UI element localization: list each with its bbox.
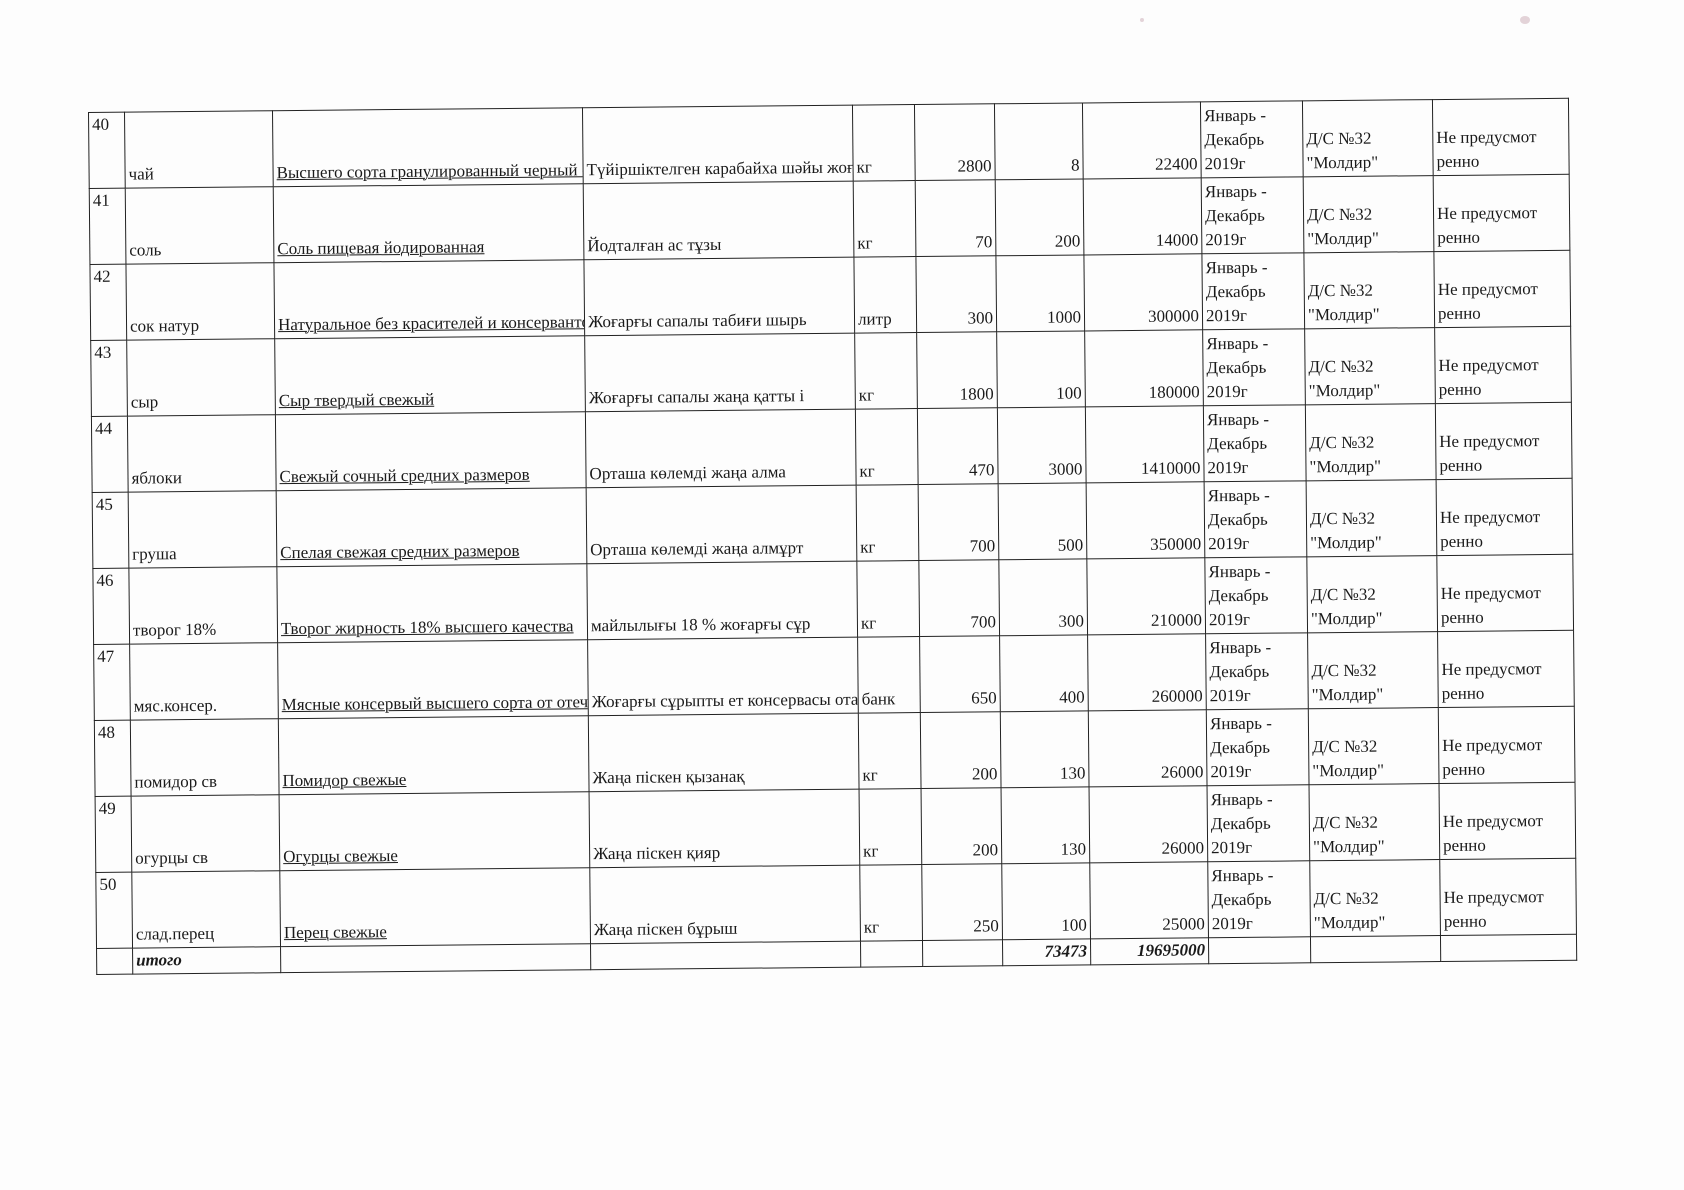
short-name: груша [128, 491, 277, 568]
table-row: 48 помидор св Помидор свежые Жаңа піскен… [94, 706, 1575, 796]
description-kz: Жоғарғы сапалы жаңа қатты і [585, 333, 856, 412]
table-row: 47 мяс.консер. Мясные консервый высшего … [94, 630, 1575, 720]
recipient: Д/С №32 "Молдир" [1302, 100, 1433, 177]
price: 2800 [914, 104, 995, 181]
row-number: 40 [89, 112, 126, 188]
short-name: сыр [127, 339, 276, 416]
description-ru: Огурцы свежые [279, 792, 590, 871]
short-name: мяс.консер. [130, 643, 279, 720]
note: Не предусмот ренно [1438, 630, 1575, 707]
total-sum: 19695000 [1090, 938, 1208, 965]
short-name: слад.перец [132, 871, 281, 948]
table-row: 44 яблоки Свежый сочный средних размеров… [91, 402, 1572, 492]
delivery-period: Январь - Декабрь 2019г [1208, 861, 1311, 938]
description-kz: Түйіршіктелген карабайха шәйы жоғарғы сұ… [582, 105, 853, 184]
description-ru: Мясные консервый высшего сорта от отечес… [278, 640, 589, 719]
quantity: 130 [1001, 787, 1090, 864]
total-empty [1440, 934, 1576, 961]
short-name: соль [125, 187, 274, 264]
unit: кг [855, 333, 918, 410]
recipient: Д/С №32 "Молдир" [1304, 252, 1435, 329]
quantity: 500 [998, 483, 1087, 560]
unit: кг [855, 409, 918, 486]
unit: кг [857, 561, 920, 638]
price: 70 [915, 180, 996, 257]
table-row: 40 чай Высшего сорта гранулированный чер… [89, 98, 1570, 188]
note: Не предусмот ренно [1435, 326, 1572, 403]
short-name: яблоки [127, 415, 276, 492]
price: 1800 [917, 332, 998, 409]
row-number: 45 [92, 492, 129, 568]
recipient: Д/С №32 "Молдир" [1305, 328, 1436, 405]
note: Не предусмот ренно [1435, 402, 1572, 479]
sum: 300000 [1084, 254, 1203, 331]
scan-speck [1140, 18, 1144, 22]
table-row: 41 соль Соль пищевая йодированная Йодтал… [89, 174, 1570, 264]
price: 470 [917, 408, 998, 485]
description-ru: Свежый сочный средних размеров [275, 412, 586, 491]
note: Не предусмот ренно [1433, 174, 1570, 251]
sum: 26000 [1088, 710, 1207, 787]
total-empty [591, 941, 861, 970]
delivery-period: Январь - Декабрь 2019г [1206, 633, 1309, 710]
row-number: 48 [94, 720, 131, 796]
price: 700 [918, 484, 999, 561]
short-name: сок натур [126, 263, 275, 340]
delivery-period: Январь - Декабрь 2019г [1205, 557, 1308, 634]
quantity: 130 [1000, 711, 1089, 788]
table-row: 46 творог 18% Творог жирность 18% высшег… [93, 554, 1574, 644]
scan-speck [1520, 16, 1530, 24]
sum: 1410000 [1085, 406, 1204, 483]
procurement-table-container: 40 чай Высшего сорта гранулированный чер… [88, 98, 1577, 975]
row-number: 49 [95, 796, 132, 872]
description-ru: Помидор свежые [278, 716, 589, 795]
short-name: огурцы св [131, 795, 280, 872]
sum: 25000 [1090, 862, 1209, 939]
price: 300 [916, 256, 997, 333]
quantity: 400 [1000, 635, 1089, 712]
description-kz: Жоғарғы сапалы табиғи шырь [584, 257, 855, 336]
quantity: 1000 [996, 255, 1085, 332]
table-row: 49 огурцы св Огурцы свежые Жаңа піскен қ… [95, 782, 1576, 872]
table-row: 43 сыр Сыр твердый свежый Жоғарғы сапалы… [91, 326, 1572, 416]
price: 250 [922, 864, 1003, 941]
total-quantity: 73473 [1002, 939, 1090, 966]
note: Не предусмот ренно [1440, 858, 1577, 935]
row-number: 42 [90, 264, 127, 340]
table-row: 45 груша Спелая свежая средних размеров … [92, 478, 1573, 568]
total-empty [1310, 936, 1440, 963]
description-kz: Орташа көлемді жаңа алма [585, 409, 856, 488]
description-kz: Жаңа піскен қызанақ [588, 713, 859, 792]
note: Не предусмот ренно [1434, 250, 1571, 327]
total-empty [281, 944, 591, 973]
total-empty-no [97, 948, 133, 974]
quantity: 100 [1002, 863, 1091, 940]
quantity: 300 [999, 559, 1088, 636]
recipient: Д/С №32 "Молдир" [1303, 176, 1434, 253]
delivery-period: Январь - Декабрь 2019г [1203, 405, 1306, 482]
sum: 210000 [1087, 558, 1206, 635]
unit: кг [856, 485, 919, 562]
delivery-period: Январь - Декабрь 2019г [1203, 329, 1306, 406]
row-number: 43 [91, 340, 128, 416]
unit: кг [858, 713, 921, 790]
description-kz: Жаңа піскен қияр [589, 789, 860, 868]
note: Не предусмот ренно [1439, 782, 1576, 859]
sum: 22400 [1082, 102, 1201, 179]
quantity: 100 [997, 331, 1086, 408]
scanned-page: 40 чай Высшего сорта гранулированный чер… [0, 0, 1684, 1190]
unit: кг [860, 865, 923, 942]
delivery-period: Январь - Декабрь 2019г [1201, 177, 1304, 254]
description-ru: Соль пищевая йодированная [273, 184, 584, 263]
delivery-period: Январь - Декабрь 2019г [1202, 253, 1305, 330]
description-ru: Творог жирность 18% высшего качества [277, 564, 588, 643]
recipient: Д/С №32 "Молдир" [1309, 784, 1440, 861]
recipient: Д/С №32 "Молдир" [1308, 632, 1439, 709]
recipient: Д/С №32 "Молдир" [1306, 480, 1437, 557]
description-ru: Сыр твердый свежый [275, 336, 586, 415]
recipient: Д/С №32 "Молдир" [1305, 404, 1436, 481]
row-number: 47 [94, 644, 131, 720]
row-number: 50 [96, 872, 133, 948]
delivery-period: Январь - Декабрь 2019г [1204, 481, 1307, 558]
total-label: итого [133, 947, 281, 974]
total-empty [1208, 937, 1310, 964]
delivery-period: Январь - Декабрь 2019г [1206, 709, 1309, 786]
quantity: 3000 [997, 407, 1086, 484]
table-row: 50 слад.перец Перец свежые Жаңа піскен б… [96, 858, 1577, 948]
quantity: 200 [995, 179, 1084, 256]
note: Не предусмот ренно [1436, 478, 1573, 555]
row-number: 44 [91, 416, 128, 492]
description-kz: Орташа көлемді жаңа алмұрт [586, 485, 857, 564]
price: 650 [920, 636, 1001, 713]
note: Не предусмот ренно [1437, 554, 1574, 631]
short-name: чай [125, 111, 274, 188]
delivery-period: Январь - Декабрь 2019г [1207, 785, 1310, 862]
note: Не предусмот ренно [1432, 98, 1569, 175]
description-kz: Жаңа піскен бұрыш [590, 865, 861, 944]
recipient: Д/С №32 "Молдир" [1310, 860, 1441, 937]
delivery-period: Январь - Декабрь 2019г [1200, 101, 1303, 178]
procurement-table: 40 чай Высшего сорта гранулированный чер… [88, 98, 1577, 975]
unit: кг [853, 181, 916, 258]
recipient: Д/С №32 "Молдир" [1307, 556, 1438, 633]
table-row: 42 сок натур Натуральное без красителей … [90, 250, 1571, 340]
description-ru: Спелая свежая средних размеров [276, 488, 587, 567]
recipient: Д/С №32 "Молдир" [1308, 708, 1439, 785]
sum: 26000 [1089, 786, 1208, 863]
price: 200 [921, 788, 1002, 865]
price: 700 [919, 560, 1000, 637]
description-ru: Высшего сорта гранулированный черный - б… [272, 108, 583, 187]
row-number: 46 [93, 568, 130, 644]
sum: 260000 [1088, 634, 1207, 711]
note: Не предусмот ренно [1438, 706, 1575, 783]
price: 200 [920, 712, 1001, 789]
short-name: помидор св [130, 719, 279, 796]
sum: 350000 [1086, 482, 1205, 559]
description-ru: Перец свежые [280, 868, 591, 947]
sum: 14000 [1083, 178, 1202, 255]
total-empty [922, 940, 1002, 967]
unit: банк [858, 637, 921, 714]
description-kz: Жоғарғы сұрыпты ет консервасы отандық өн… [588, 637, 859, 716]
quantity: 8 [994, 103, 1083, 180]
sum: 180000 [1085, 330, 1204, 407]
unit: литр [854, 257, 917, 334]
unit: кг [852, 105, 915, 182]
unit: кг [859, 789, 922, 866]
row-number: 41 [89, 188, 126, 264]
total-empty [860, 941, 922, 968]
table-body: 40 чай Высшего сорта гранулированный чер… [89, 98, 1577, 974]
description-kz: Йодталған ас тұзы [583, 181, 854, 260]
short-name: творог 18% [129, 567, 278, 644]
description-ru: Натуральное без красителей и консерванто… [274, 260, 585, 339]
description-kz: майлылығы 18 % жоғарғы сұр [587, 561, 858, 640]
